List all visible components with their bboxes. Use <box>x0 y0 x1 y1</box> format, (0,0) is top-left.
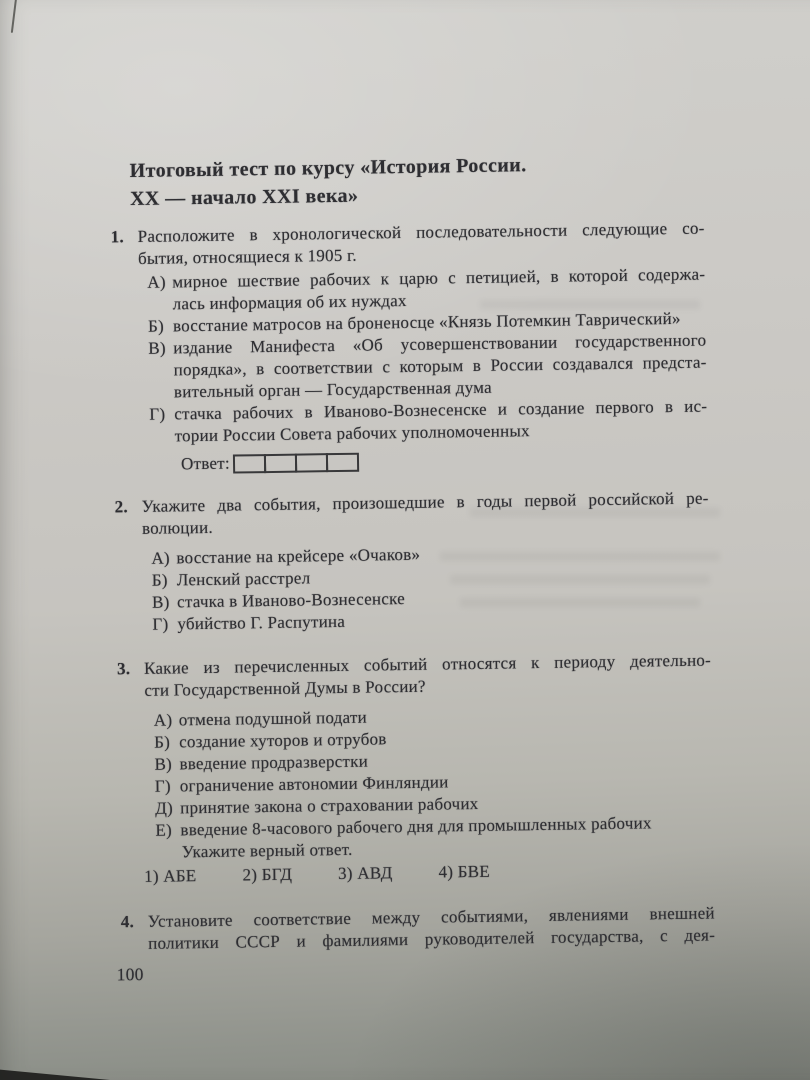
option-label: Г) <box>152 613 177 635</box>
answer-box-cell <box>264 453 297 472</box>
question-1-options: А) мирное шествие рабочих к царю с петиц… <box>147 262 810 448</box>
option-label: В) <box>152 591 177 613</box>
answer-box-cell <box>326 452 359 471</box>
question-2-number: 2. <box>115 496 143 540</box>
page-number: 100 <box>116 953 810 985</box>
question-4-number: 4. <box>121 911 149 955</box>
option-label: Г) <box>155 775 180 797</box>
choice-2: 2) БГД <box>242 864 292 887</box>
question-4: 4. Установите соответствие между события… <box>121 901 810 955</box>
question-2: 2. Укажите два события, произошедшие в г… <box>115 486 810 636</box>
option-label: А) <box>154 709 179 731</box>
option-text: издание Манифеста «Об усовершенствовании… <box>173 330 707 404</box>
option-text: мирное шествие рабочих к царю с петицией… <box>172 264 706 316</box>
option-label: А) <box>147 271 173 315</box>
option-label: Б) <box>154 731 179 753</box>
option-g: Г) стачка рабочих в Иваново-Вознесенске … <box>149 394 810 448</box>
question-3-text: Какие из перечисленных событий относятся… <box>144 649 712 701</box>
bottom-left-shadow <box>0 1067 110 1080</box>
question-2-options: А) восстание на крейсере «Очаков» Б) Лен… <box>151 538 810 636</box>
option-v: В) издание Манифеста «Об усовершенствова… <box>148 328 810 404</box>
answer-row: Ответ: <box>181 444 810 475</box>
page-content: Итоговый тест по курсу «История России. … <box>0 0 810 987</box>
question-1-text: Расположите в хронологической последоват… <box>138 218 706 270</box>
question-3: 3. Какие из перечисленных событий относя… <box>117 648 810 888</box>
question-2-text: Укажите два события, произошедшие в годы… <box>142 488 710 540</box>
choice-1: 1) АБЕ <box>144 865 197 888</box>
option-label: Б) <box>148 315 173 337</box>
option-label: А) <box>151 547 176 569</box>
question-3-number: 3. <box>117 658 145 702</box>
book-page-photo: Итоговый тест по курсу «История России. … <box>0 0 810 1080</box>
question-1: 1. Расположите в хронологической последо… <box>111 216 810 476</box>
option-label: Г) <box>149 403 175 447</box>
question-1-number: 1. <box>111 226 139 270</box>
question-3-options: А) отмена подушной подати Б) создание ху… <box>154 700 810 842</box>
answer-label: Ответ: <box>181 453 230 476</box>
option-label: Е) <box>155 819 180 841</box>
question-4-text: Установите соответствие между событиями,… <box>148 902 716 954</box>
answer-box-cell <box>295 453 328 472</box>
option-label: В) <box>148 337 174 403</box>
option-text: стачка рабочих в Иваново-Вознесенске и с… <box>174 396 708 448</box>
option-label: В) <box>154 753 179 775</box>
choice-4: 4) БВЕ <box>438 861 490 884</box>
answer-boxes <box>233 452 359 473</box>
option-label: Б) <box>152 569 177 591</box>
answer-box-cell <box>233 454 266 473</box>
option-label: Д) <box>155 797 180 819</box>
choice-3: 3) АВД <box>338 862 393 885</box>
page-title: Итоговый тест по курсу «История России. … <box>129 147 807 213</box>
